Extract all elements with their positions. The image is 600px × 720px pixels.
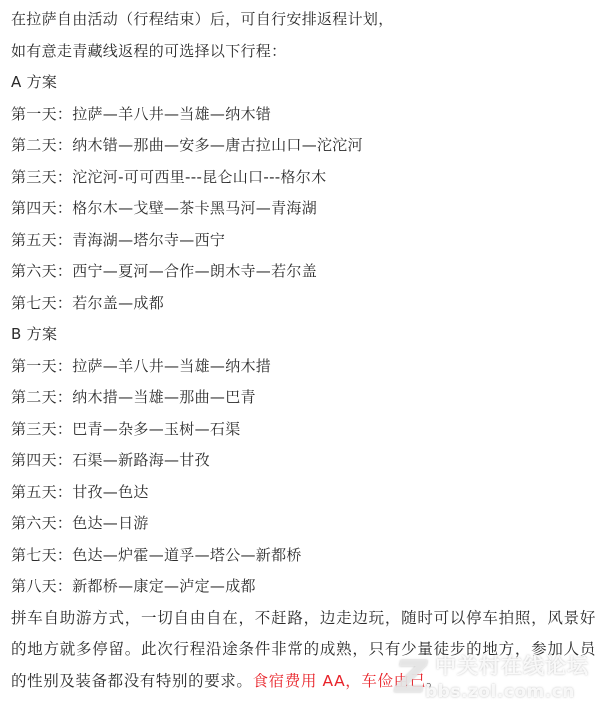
day-route: 西宁—夏河—合作—朗木寺—若尔盖	[72, 262, 317, 280]
end-punctuation: 。	[426, 672, 442, 690]
day-route: 格尔木—戈壁—茶卡黑马河—青海湖	[72, 199, 317, 217]
day-label: 第七天：	[11, 294, 72, 312]
day-label: 第六天：	[11, 262, 72, 280]
plan-a-day-7: 第七天：若尔盖—成都	[11, 288, 596, 320]
plan-b-title: B 方案	[11, 319, 596, 351]
plan-a-day-5: 第五天：青海湖—塔尔寺—西宁	[11, 225, 596, 257]
day-route: 拉萨—羊八井—当雄—纳木错	[72, 105, 271, 123]
plan-a-day-6: 第六天：西宁—夏河—合作—朗木寺—若尔盖	[11, 256, 596, 288]
day-label: 第七天：	[11, 546, 72, 564]
insurance-note: 车俭由己	[361, 672, 425, 690]
plan-a-day-1: 第一天：拉萨—羊八井—当雄—纳木错	[11, 99, 596, 131]
day-route: 纳木措—当雄—那曲—巴青	[72, 388, 256, 406]
day-route: 青海湖—塔尔寺—西宁	[72, 231, 225, 249]
plan-a-title: A 方案	[11, 67, 596, 99]
plan-b-day-1: 第一天：拉萨—羊八井—当雄—纳木措	[11, 351, 596, 383]
plan-b-day-6: 第六天：色达—日游	[11, 508, 596, 540]
day-label: 第四天：	[11, 451, 72, 469]
day-route: 若尔盖—成都	[72, 294, 164, 312]
day-label: 第五天：	[11, 483, 72, 501]
day-label: 第一天：	[11, 105, 72, 123]
day-label: 第三天：	[11, 168, 72, 186]
day-label: 第二天：	[11, 136, 72, 154]
plan-b-day-7: 第七天：色达—炉霍—道孚—塔公—新都桥	[11, 540, 596, 572]
closing-paragraph: 拼车自助游方式，一切自由自在，不赶路，边走边玩，随时可以停车拍照，风景好的地方就…	[11, 603, 596, 698]
day-route: 甘孜—色达	[72, 483, 149, 501]
plan-b-day-8: 第八天：新都桥—康定—泸定—成都	[11, 571, 596, 603]
day-route: 巴青—杂多—玉树—石渠	[72, 420, 240, 438]
day-route: 石渠—新路海—甘孜	[72, 451, 210, 469]
day-label: 第三天：	[11, 420, 72, 438]
day-route: 拉萨—羊八井—当雄—纳木措	[72, 357, 271, 375]
plan-b-day-3: 第三天：巴青—杂多—玉树—石渠	[11, 414, 596, 446]
day-label: 第八天：	[11, 577, 72, 595]
day-route: 纳木错—那曲—安多—唐古拉山口—沱沱河	[72, 136, 363, 154]
plan-a-day-2: 第二天：纳木错—那曲—安多—唐古拉山口—沱沱河	[11, 130, 596, 162]
itinerary-document: 在拉萨自由活动（行程结束）后，可自行安排返程计划， 如有意走青藏线返程的可选择以…	[11, 4, 596, 697]
day-route: 色达—日游	[72, 514, 149, 532]
plan-a-day-3: 第三天：沱沱河-可可西里---昆仑山口---格尔木	[11, 162, 596, 194]
intro-line-1: 在拉萨自由活动（行程结束）后，可自行安排返程计划，	[11, 4, 596, 36]
day-label: 第五天：	[11, 231, 72, 249]
day-label: 第六天：	[11, 514, 72, 532]
day-route: 新都桥—康定—泸定—成都	[72, 577, 256, 595]
day-label: 第二天：	[11, 388, 72, 406]
plan-b-day-4: 第四天：石渠—新路海—甘孜	[11, 445, 596, 477]
intro-line-2: 如有意走青藏线返程的可选择以下行程：	[11, 36, 596, 68]
plan-b-day-2: 第二天：纳木措—当雄—那曲—巴青	[11, 382, 596, 414]
day-label: 第一天：	[11, 357, 72, 375]
plan-b-day-5: 第五天：甘孜—色达	[11, 477, 596, 509]
cost-note: 食宿费用 AA，	[253, 672, 362, 690]
day-route: 色达—炉霍—道孚—塔公—新都桥	[72, 546, 302, 564]
plan-a-day-4: 第四天：格尔木—戈壁—茶卡黑马河—青海湖	[11, 193, 596, 225]
day-route: 沱沱河-可可西里---昆仑山口---格尔木	[72, 168, 326, 186]
day-label: 第四天：	[11, 199, 72, 217]
